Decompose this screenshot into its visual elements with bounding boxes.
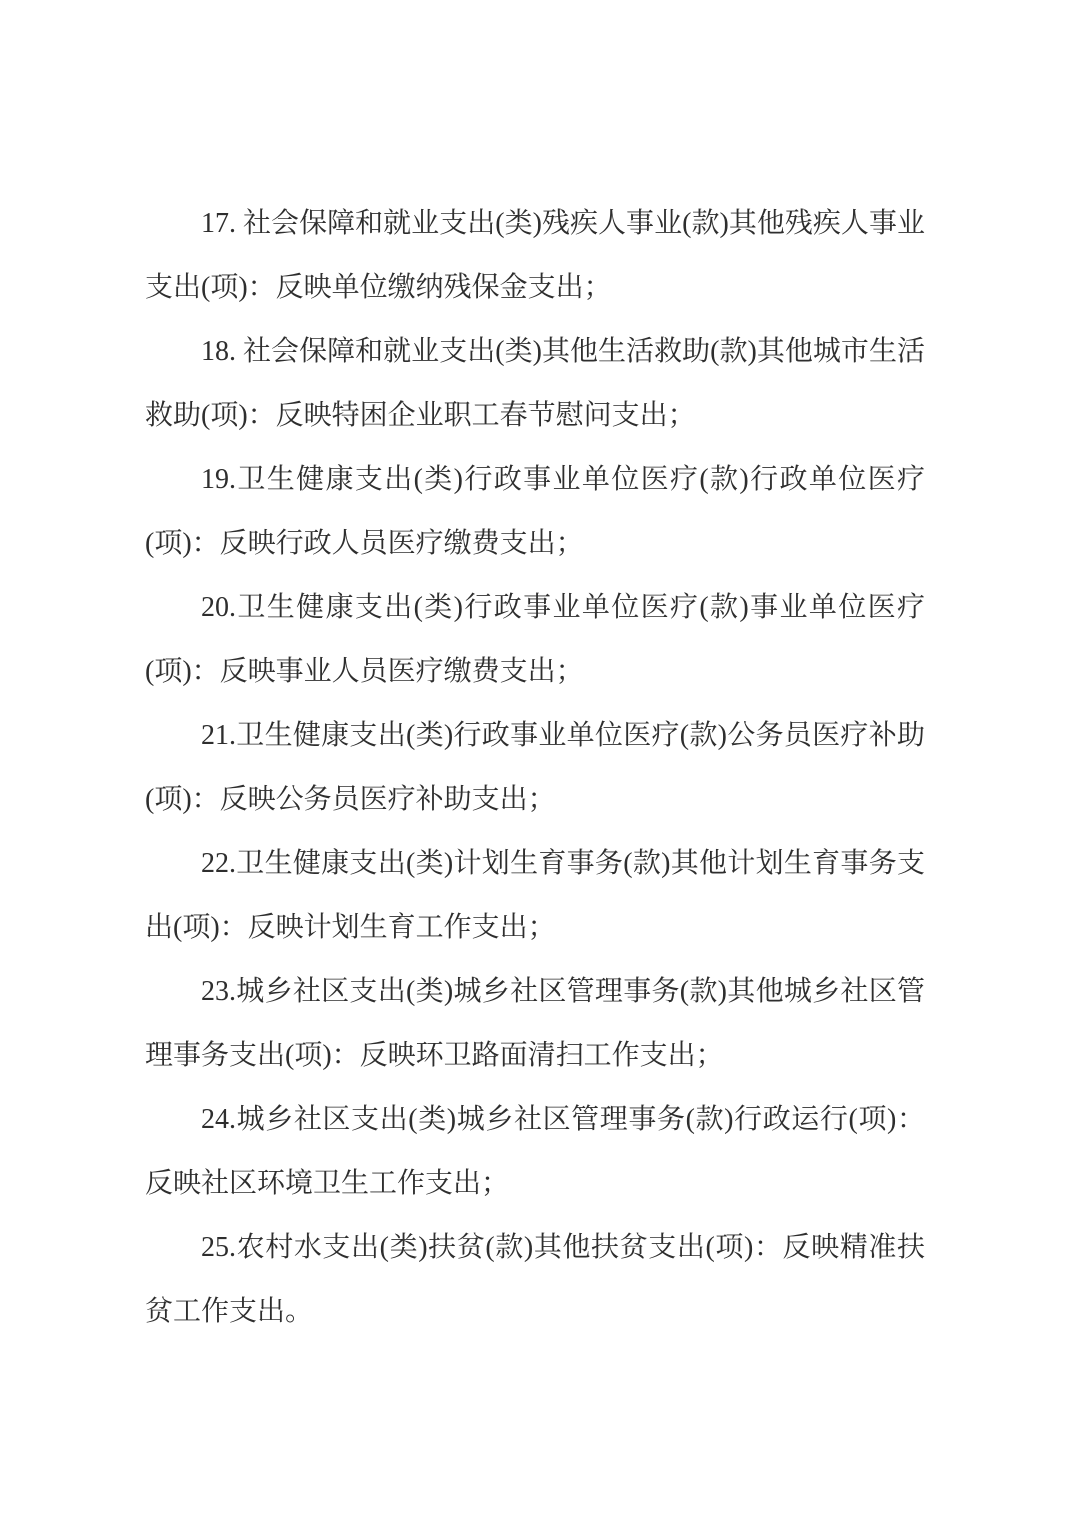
document-body: 17. 社会保障和就业支出(类)残疾人事业(款)其他残疾人事业支出(项)：反映单…: [145, 192, 925, 1344]
clause-18: 18. 社会保障和就业支出(类)其他生活救助(款)其他城市生活救助(项)：反映特…: [145, 320, 925, 448]
clause-22: 22.卫生健康支出(类)计划生育事务(款)其他计划生育事务支出(项)：反映计划生…: [145, 832, 925, 960]
clause-20: 20.卫生健康支出(类)行政事业单位医疗(款)事业单位医疗(项)：反映事业人员医…: [145, 576, 925, 704]
clause-17: 17. 社会保障和就业支出(类)残疾人事业(款)其他残疾人事业支出(项)：反映单…: [145, 192, 925, 320]
clause-25: 25.农村水支出(类)扶贫(款)其他扶贫支出(项)：反映精准扶贫工作支出。: [145, 1216, 925, 1344]
clause-21: 21.卫生健康支出(类)行政事业单位医疗(款)公务员医疗补助(项)：反映公务员医…: [145, 704, 925, 832]
clause-24: 24.城乡社区支出(类)城乡社区管理事务(款)行政运行(项)：反映社区环境卫生工…: [145, 1088, 925, 1216]
clause-19: 19.卫生健康支出(类)行政事业单位医疗(款)行政单位医疗(项)：反映行政人员医…: [145, 448, 925, 576]
document-page: 17. 社会保障和就业支出(类)残疾人事业(款)其他残疾人事业支出(项)：反映单…: [0, 0, 1074, 1520]
clause-23: 23.城乡社区支出(类)城乡社区管理事务(款)其他城乡社区管理事务支出(项)：反…: [145, 960, 925, 1088]
